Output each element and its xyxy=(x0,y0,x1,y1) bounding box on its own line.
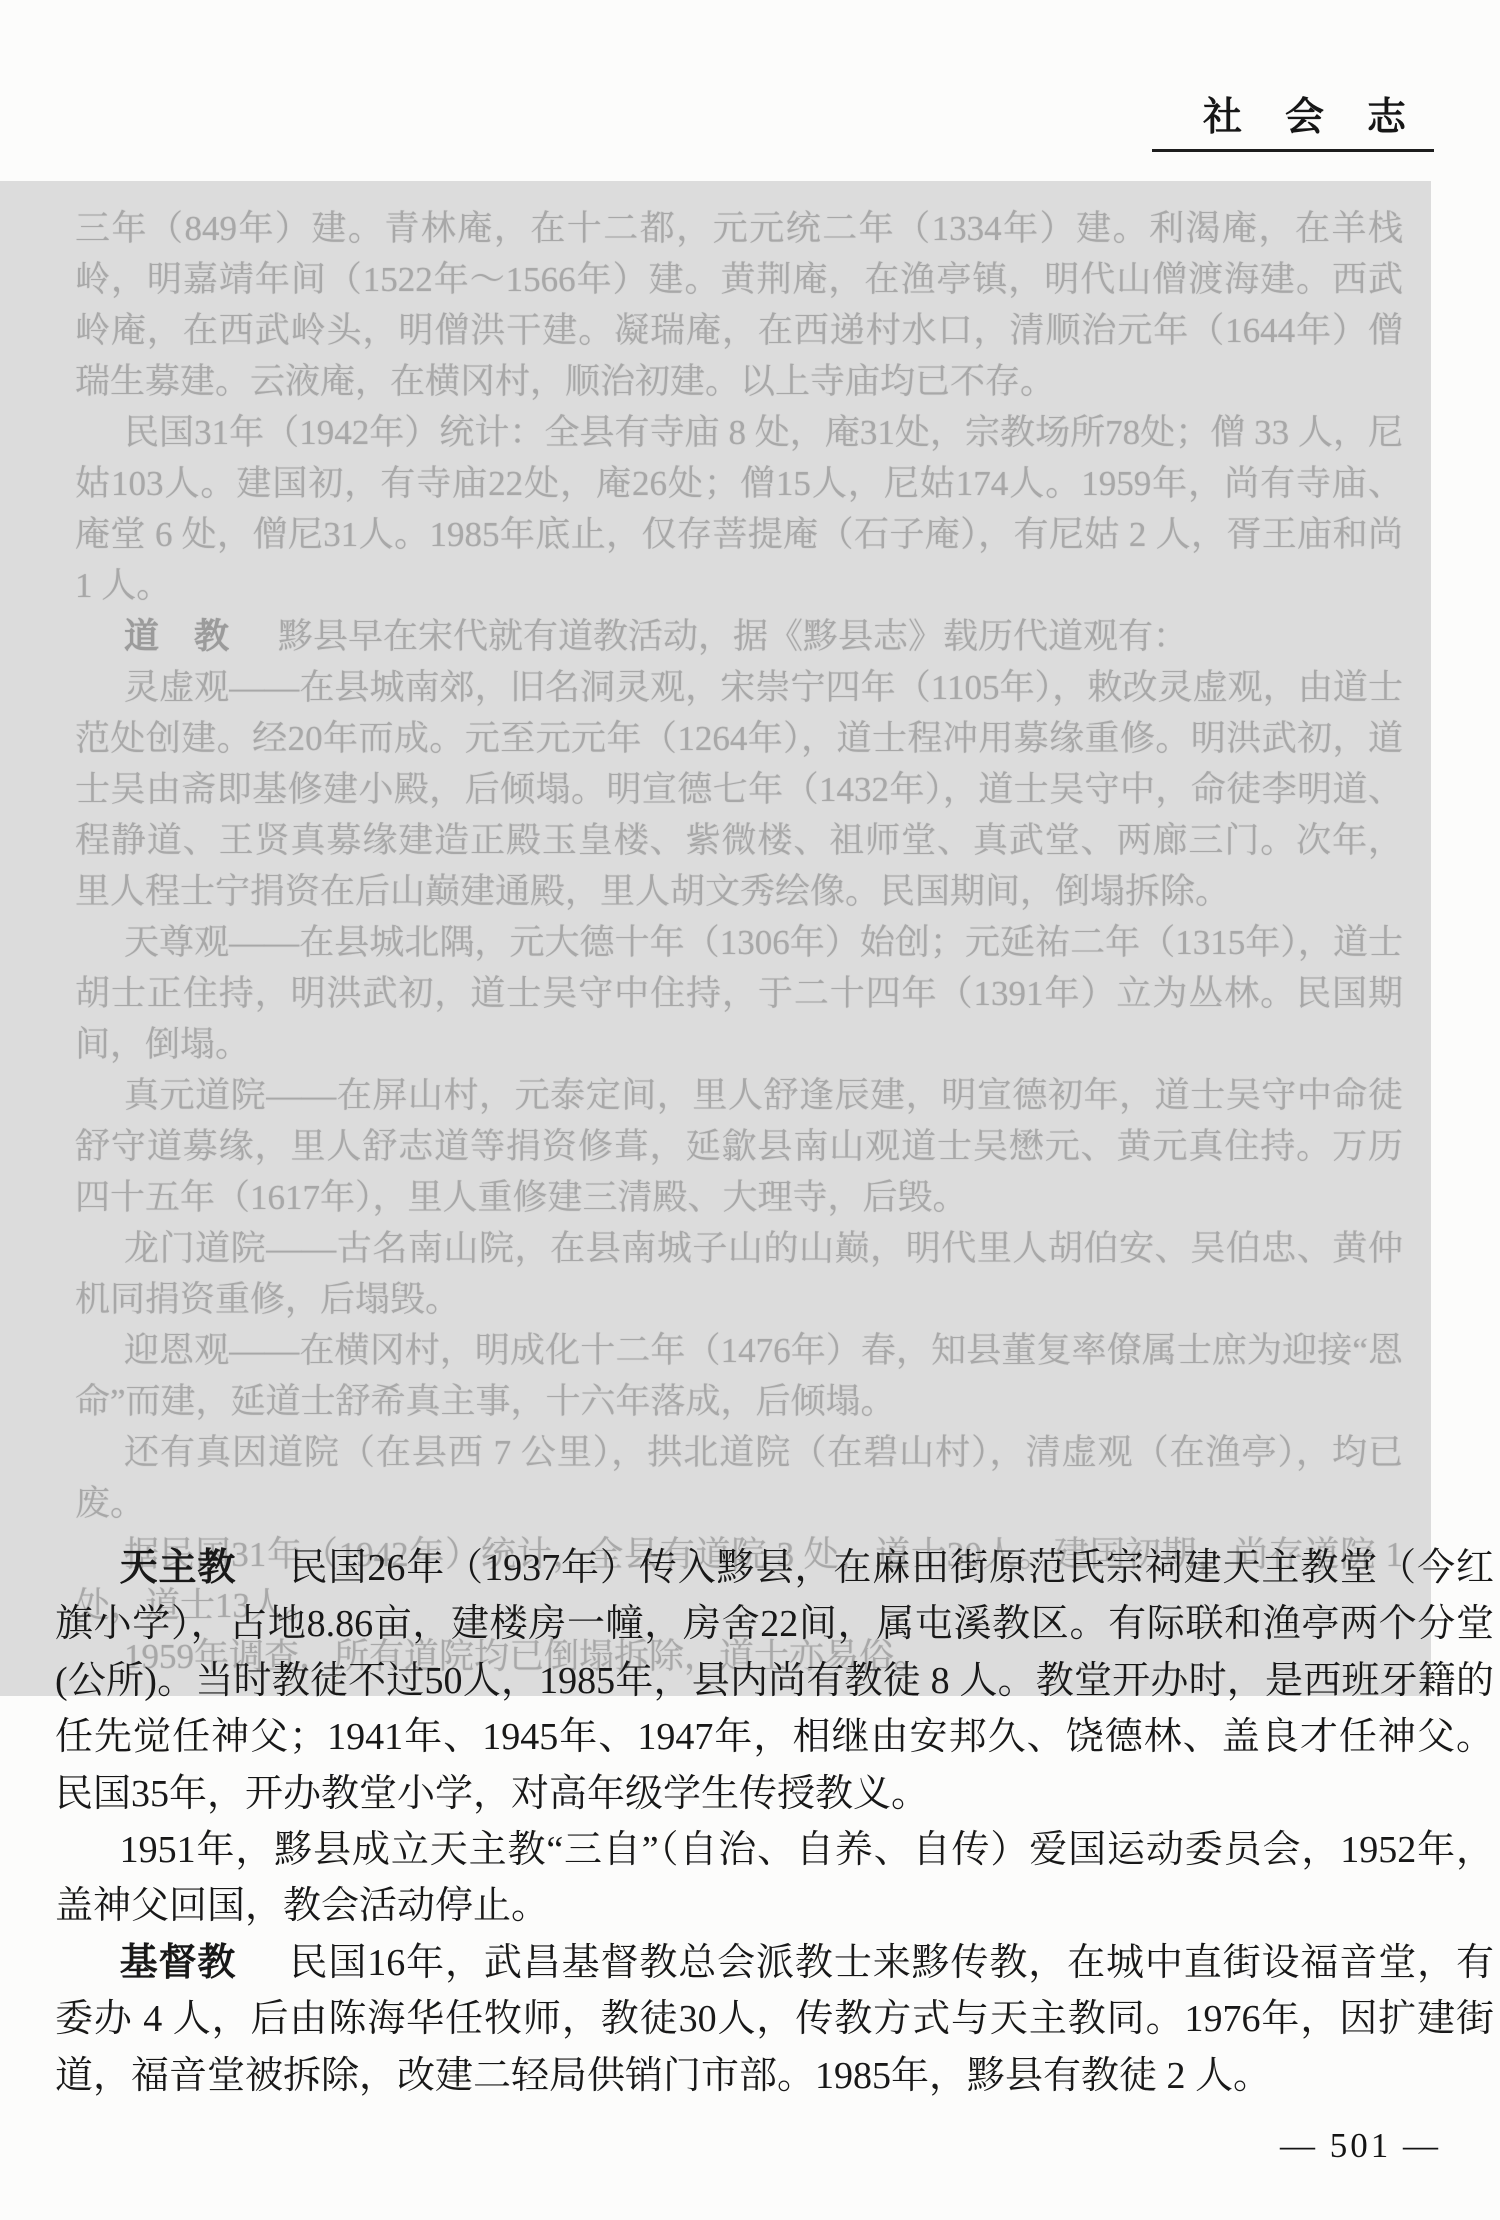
paragraph: 道 教黟县早在宋代就有道教活动，据《黟县志》载历代道观有： xyxy=(75,611,1403,662)
paragraph-text: 黟县早在宋代就有道教活动，据《黟县志》载历代道观有： xyxy=(278,617,1188,656)
paragraph: 龙门道院——古名南山院，在县南城子山的山巅，明代里人胡伯安、吴伯忠、黄仲机同捐资… xyxy=(75,1223,1403,1325)
paragraph: 迎恩观——在横冈村，明成化十二年（1476年）春，知县董复率僚属士庶为迎接“恩命… xyxy=(75,1325,1403,1427)
paragraph: 1951年，黟县成立天主教“三自”（自治、自养、自传）爱国运动委员会，1952年… xyxy=(55,1822,1494,1935)
faded-photocopy-region: 三年（849年）建。青林庵，在十二都，元元统二年（1334年）建。利渴庵，在羊栈… xyxy=(0,181,1431,1696)
printed-text-region: 天主教民国26年（1937年）传入黟县，在麻田街原范氏宗祠建天主教堂（今红旗小学… xyxy=(0,1540,1500,2104)
paragraph: 真元道院——在屏山村，元泰定间，里人舒逢辰建，明宣德初年，道士吴守中命徒舒守道募… xyxy=(75,1070,1403,1223)
paragraph: 天尊观——在县城北隅，元大德十年（1306年）始创；元延祐二年（1315年），道… xyxy=(75,917,1403,1070)
paragraph: 三年（849年）建。青林庵，在十二都，元元统二年（1334年）建。利渴庵，在羊栈… xyxy=(75,203,1403,407)
paragraph-lead-catholicism: 天主教 xyxy=(120,1547,237,1589)
paragraph-lead-protestantism: 基督教 xyxy=(120,1942,237,1984)
scanned-page: 社 会 志 三年（849年）建。青林庵，在十二都，元元统二年（1334年）建。利… xyxy=(0,0,1500,2220)
paragraph: 民国31年（1942年）统计：全县有寺庙 8 处，庵31处，宗教场所78处；僧 … xyxy=(75,407,1403,611)
running-head-rule xyxy=(1152,149,1434,152)
paragraph-text: 民国26年（1937年）传入黟县，在麻田街原范氏宗祠建天主教堂（今红旗小学），占… xyxy=(55,1547,1494,1815)
paragraph: 灵虚观——在县城南郊，旧名洞灵观，宋崇宁四年（1105年），敕改灵虚观，由道士范… xyxy=(75,662,1403,917)
paragraph: 天主教民国26年（1937年）传入黟县，在麻田街原范氏宗祠建天主教堂（今红旗小学… xyxy=(55,1540,1494,1822)
paragraph: 基督教民国16年，武昌基督教总会派教士来黟传教，在城中直街设福音堂，有委办 4 … xyxy=(55,1935,1494,2104)
paragraph-lead-daoism: 道 教 xyxy=(124,617,229,656)
page-number: — 501 — xyxy=(1280,2126,1441,2166)
paragraph: 还有真因道院（在县西 7 公里），拱北道院（在碧山村），清虚观（在渔亭），均已废… xyxy=(75,1427,1403,1529)
running-head-title: 社 会 志 xyxy=(1203,86,1408,142)
paragraph-text: 民国16年，武昌基督教总会派教士来黟传教，在城中直街设福音堂，有委办 4 人，后… xyxy=(55,1942,1494,2097)
